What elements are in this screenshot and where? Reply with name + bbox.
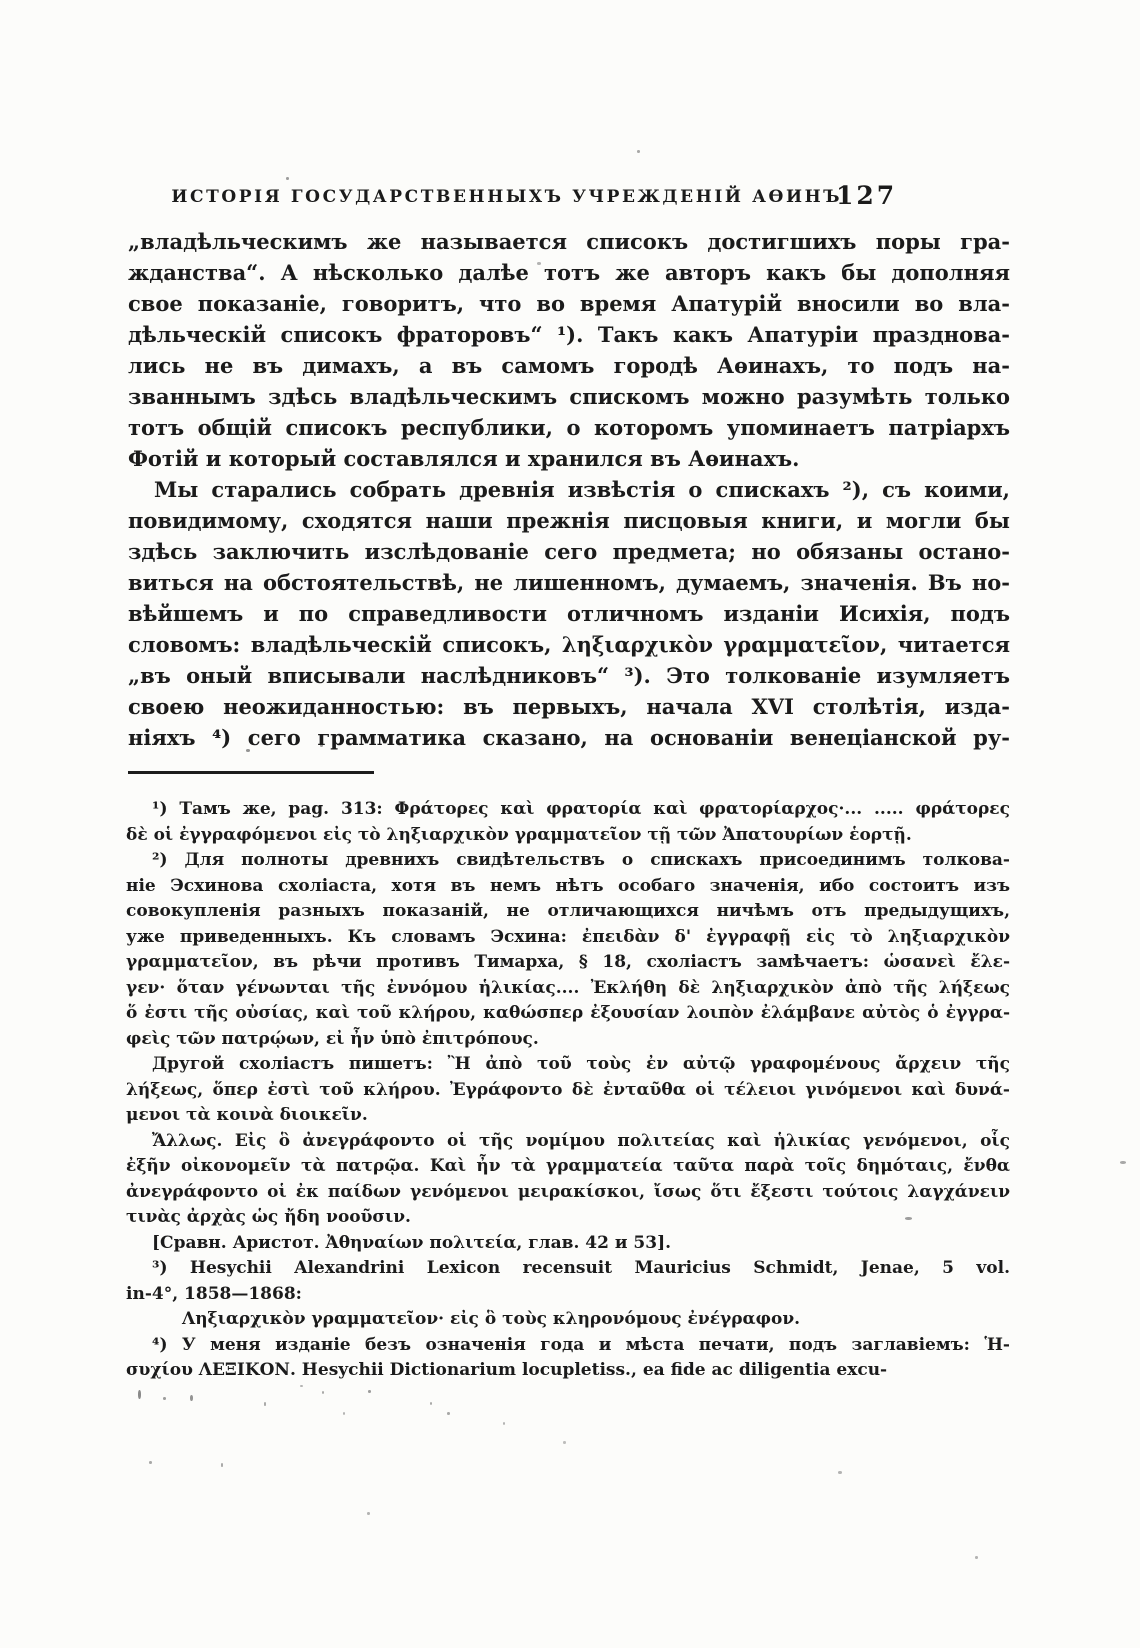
scan-speck [503,1422,505,1425]
scan-speck [905,1217,912,1220]
text-line: „въ оный вписывали наслѣдниковъ“ ³). Это… [128,660,1010,691]
text-line: ὅ ἐστι τῆς οὐσίας, καὶ τοῦ κλήρου, καθώσ… [126,1001,1010,1027]
text-line: μενοι τὰ κοινὰ διοικεῖν. [126,1103,1010,1129]
footnotes-block: ¹) Тамъ же, pag. 313: Φράτορες καὶ φρατο… [126,797,1010,1384]
footnote-2: ²) Для полноты древнихъ свидѣтельствъ о … [126,848,1010,1256]
text-line: Ληξιαρχικὸν γραμματεῖον· εἰς ὃ τοὺς κληρ… [126,1307,1010,1333]
page-number: 127 [836,181,897,210]
scan-speck [286,177,289,180]
text-line: ¹) Тамъ же, pag. 313: Φράτορες καὶ φρατο… [126,797,1010,823]
scan-speck [322,1391,324,1394]
text-line: жданства“. А нѣсколько далѣе тотъ же авт… [128,257,1010,288]
text-line: вѣйшемъ и по справедливости отличномъ из… [128,598,1010,629]
text-line: λήξεως, ὅπερ ἐστὶ τοῦ κλήρου. Ἐγράφοντο … [126,1078,1010,1104]
scan-speck [367,1512,370,1515]
footnote-3: ³) Hesychii Alexandrini Lexicon recensui… [126,1256,1010,1333]
text-line: тотъ общій списокъ республики, о котором… [128,412,1010,443]
text-line: γεν· ὅταν γένωνται τῆς ἐννόμου ἡλικίας..… [126,976,1010,1002]
scan-speck [735,733,738,736]
text-line: ³) Hesychii Alexandrini Lexicon recensui… [126,1256,1010,1282]
text-line: Ἄλλως. Εἰς ὃ ἀνεγράφοντο οἱ τῆς νομίμου … [126,1129,1010,1155]
text-line: званнымъ здѣсь владѣльческимъ спискомъ м… [128,381,1010,412]
scan-speck [637,150,640,153]
scan-speck [149,1461,152,1464]
main-text: „владѣльческимъ же называется списокъ до… [128,226,1010,753]
scan-speck [320,744,323,747]
text-line: уже приведенныхъ. Къ словамъ Эсхина: ἐπε… [126,925,1010,951]
text-line: Мы старались собрать древнія извѣстія о … [128,474,1010,505]
scan-speck [190,1395,193,1401]
text-line: ἐξῆν οἰκονομεῖν τὰ πατρῷα. Καὶ ἦν τὰ γρα… [126,1154,1010,1180]
running-head: ИСТОРІЯ ГОСУДАРСТВЕННЫХЪ УЧРЕЖДЕНІЙ АѲИН… [128,181,1010,213]
text-line: словомъ: владѣльческій списокъ, ληξιαρχι… [128,629,1010,660]
text-line: свое показаніе, говоритъ, что во время А… [128,288,1010,319]
text-line: своею неожиданностью: въ первыхъ, начала… [128,691,1010,722]
scan-speck [447,1412,450,1415]
scan-speck [838,1471,842,1474]
text-line: совокупленія разныхъ показаній, не отлич… [126,899,1010,925]
scan-speck [138,1390,141,1399]
text-line: повидимому, сходятся наши прежнія писцов… [128,505,1010,536]
paragraph: „владѣльческимъ же называется списокъ до… [128,226,1010,474]
footnote-separator-rule [128,771,374,774]
footnote-1: ¹) Тамъ же, pag. 313: Φράτορες καὶ φρατο… [126,797,1010,848]
scan-speck [300,1385,303,1387]
scan-speck [368,1390,371,1393]
book-page: ИСТОРІЯ ГОСУДАРСТВЕННЫХЪ УЧРЕЖДЕНІЙ АѲИН… [0,0,1140,1648]
text-line: здѣсь заключить изслѣдованіе сего предме… [128,536,1010,567]
footnote-4: ⁴) У меня изданіе безъ означенія года и … [126,1333,1010,1384]
scan-speck [246,749,250,752]
text-line: ⁴) У меня изданіе безъ означенія года и … [126,1333,1010,1359]
scan-speck [221,1463,223,1467]
text-line: Фотій и который составлялся и хранился в… [128,443,1010,474]
text-line: виться на обстоятельствѣ, не лишенномъ, … [128,567,1010,598]
paragraph: Мы старались собрать древнія извѣстія о … [128,474,1010,753]
text-line: ніе Эсхинова схоліаста, хотя въ немъ нѣт… [126,874,1010,900]
scan-speck [264,1402,266,1406]
text-line: συχίου ΛΕΞΙΚΟΝ. Hesychii Dictionarium lo… [126,1358,1010,1384]
scan-speck [975,1556,978,1559]
scan-speck [563,1441,566,1444]
text-line: ніяхъ ⁴) сего грамматика сказано, на осн… [128,722,1010,753]
scan-speck [430,1402,432,1405]
page-header-title: ИСТОРІЯ ГОСУДАРСТВЕННЫХЪ УЧРЕЖДЕНІЙ АѲИН… [128,187,894,207]
scan-speck [163,1397,166,1400]
text-line: „владѣльческимъ же называется списокъ до… [128,226,1010,257]
text-line: Другой схоліастъ пишетъ: Ἢ ἀπὸ τοῦ τοὺς … [126,1052,1010,1078]
scan-speck [343,1412,345,1415]
text-line: φεὶς τῶν πατρῴων, εἰ ἦν ὑπὸ ἐπιτρόπους. [126,1027,1010,1053]
text-line: [Сравн. Аристот. Ἀθηναίων πολιτεία, глав… [126,1231,1010,1257]
text-line: дѣльческій списокъ фраторовъ“ ¹). Такъ к… [128,319,1010,350]
scan-speck [537,262,541,265]
text-line: γραμματεῖον, въ рѣчи противъ Тимарха, § … [126,950,1010,976]
text-line: ἀνεγράφοντο οἱ ἐκ παίδων γενόμενοι μειρα… [126,1180,1010,1206]
text-line: лись не въ димахъ, а въ самомъ городѣ Аѳ… [128,350,1010,381]
scan-speck [1120,1161,1126,1164]
text-line: in-4°, 1858—1868: [126,1282,1010,1308]
text-line: τινὰς ἀρχὰς ὡς ἤδη νοοῦσιν. [126,1205,1010,1231]
text-line: δὲ οἱ ἐγγραφόμενοι εἰς τὸ ληξιαρχικὸν γρ… [126,823,1010,849]
text-line: ²) Для полноты древнихъ свидѣтельствъ о … [126,848,1010,874]
